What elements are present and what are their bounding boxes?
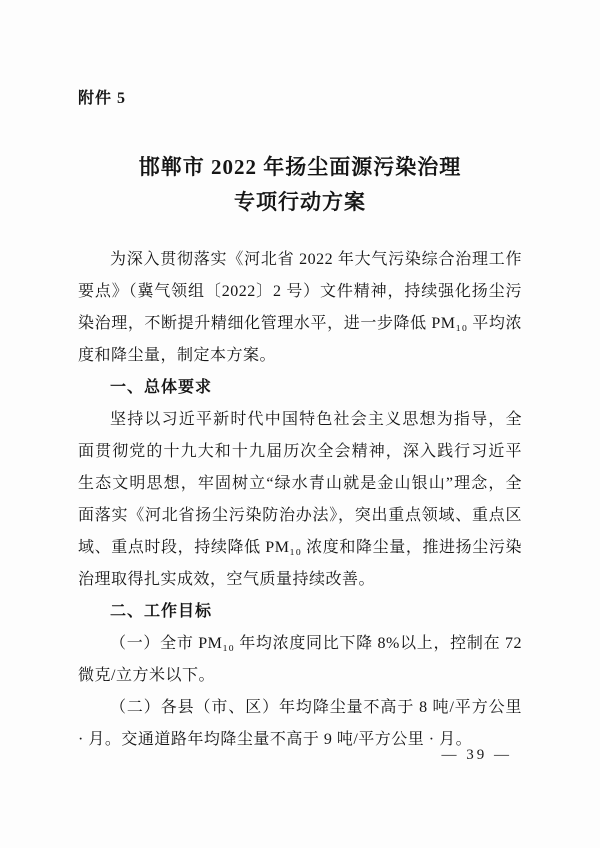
document-page: 附件 5 邯郸市 2022 年扬尘面源污染治理 专项行动方案 为深入贯彻落实《河… bbox=[0, 0, 600, 848]
document-body: 为深入贯彻落实《河北省 2022 年大气污染综合治理工作要点》（冀气领组〔202… bbox=[78, 244, 522, 756]
section-1-heading: 一、总体要求 bbox=[78, 372, 522, 404]
intro-paragraph: 为深入贯彻落实《河北省 2022 年大气污染综合治理工作要点》（冀气领组〔202… bbox=[78, 244, 522, 372]
section-2-heading: 二、工作目标 bbox=[78, 596, 522, 628]
section-1-paragraph: 坚持以习近平新时代中国特色社会主义思想为指导，全面贯彻党的十九大和十九届历次全会… bbox=[78, 404, 522, 596]
title-line-2: 专项行动方案 bbox=[78, 185, 522, 220]
attachment-label: 附件 5 bbox=[78, 88, 522, 110]
document-title: 邯郸市 2022 年扬尘面源污染治理 专项行动方案 bbox=[78, 150, 522, 220]
title-line-1: 邯郸市 2022 年扬尘面源污染治理 bbox=[78, 150, 522, 185]
section-2-paragraph-1: （一）全市 PM₁₀ 年均浓度同比下降 8%以上，控制在 72 微克/立方米以下… bbox=[78, 628, 522, 692]
page-number: — 39 — bbox=[442, 747, 513, 764]
